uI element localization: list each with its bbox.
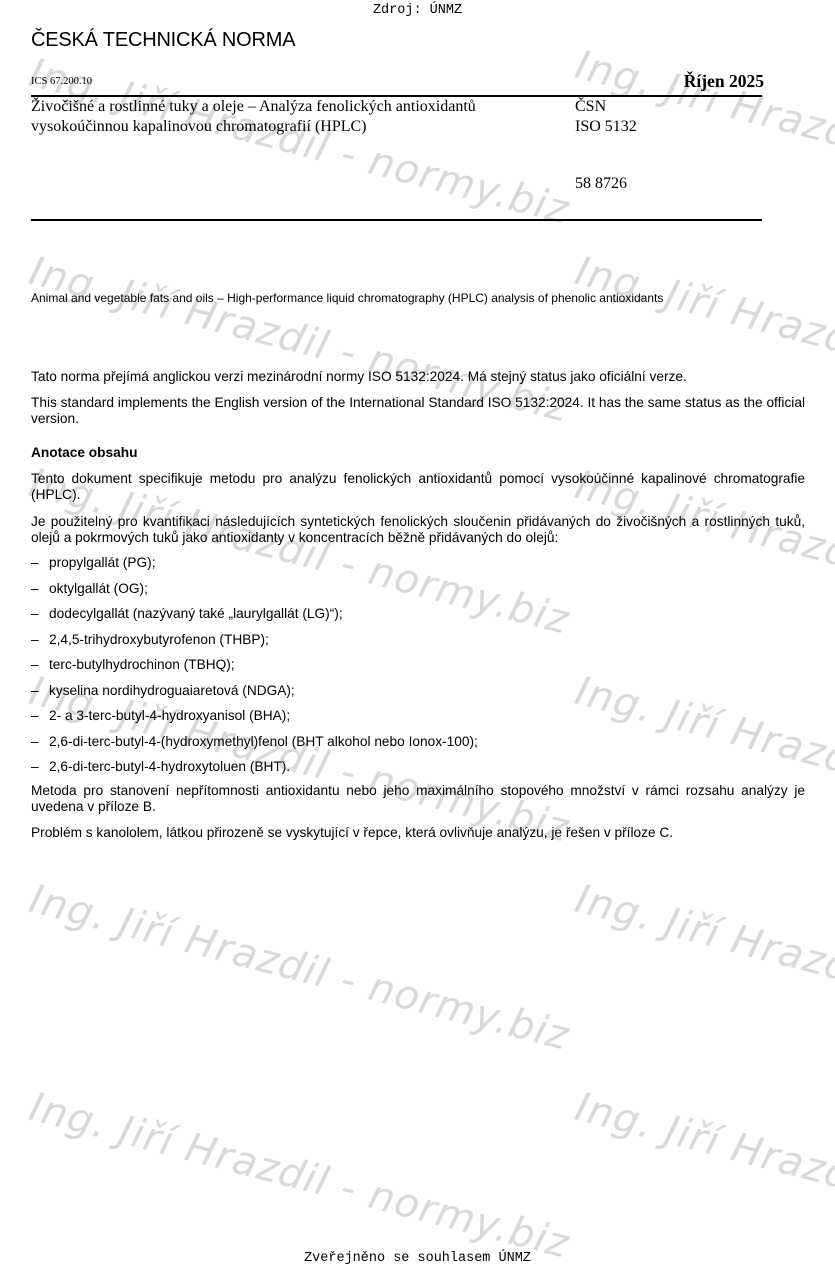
list-item-text: 2,4,5-trihydroxybutyrofenon (THBP); bbox=[49, 632, 269, 647]
list-item: –dodecylgallát (nazývaný také „laurylgal… bbox=[31, 606, 805, 632]
dash-marker: – bbox=[31, 555, 39, 571]
source-line: Zdroj: ÚNMZ bbox=[0, 3, 835, 18]
adoption-statement-czech: Tato norma přejímá anglickou verzi mezin… bbox=[31, 369, 805, 385]
list-item: –terc-butylhydrochinon (TBHQ); bbox=[31, 657, 805, 683]
watermark: Ing. Jiří Hrazdil - normy.biz bbox=[570, 876, 835, 1060]
list-item: –kyselina nordihydroguaiaretová (NDGA); bbox=[31, 683, 805, 709]
dash-marker: – bbox=[31, 708, 39, 724]
issue-date: Říjen 2025 bbox=[560, 71, 764, 92]
antioxidant-list: –propylgallát (PG); –oktylgallát (OG); –… bbox=[31, 555, 805, 785]
list-item-text: terc-butylhydrochinon (TBHQ); bbox=[49, 657, 235, 672]
title-english: Animal and vegetable fats and oils – Hig… bbox=[31, 291, 663, 305]
applicability-paragraph: Je použitelný pro kvantifikaci následují… bbox=[31, 514, 805, 546]
title-czech-line-2: vysokoúčinnou kapalinovou chromatografií… bbox=[31, 117, 561, 137]
list-item-text: 2,6-di-terc-butyl-4-(hydroxymethyl)fenol… bbox=[49, 734, 478, 749]
adoption-statement-english: This standard implements the English ver… bbox=[31, 395, 805, 427]
csn-label: ČSN bbox=[575, 97, 637, 117]
iso-number: ISO 5132 bbox=[575, 117, 637, 137]
list-item-text: oktylgallát (OG); bbox=[49, 581, 148, 596]
watermark: Ing. Jiří Hrazdil - normy.biz bbox=[24, 876, 574, 1060]
list-item-text: 2- a 3-terc-butyl-4-hydroxyanisol (BHA); bbox=[49, 708, 290, 723]
dash-marker: – bbox=[31, 581, 39, 597]
standard-designation: ČSN ISO 5132 bbox=[575, 97, 637, 137]
list-item-text: kyselina nordihydroguaiaretová (NDGA); bbox=[49, 683, 295, 698]
list-item: –2,6-di-terc-butyl-4-hydroxytoluen (BHT)… bbox=[31, 759, 805, 785]
title-czech: Živočišné a rostlinné tuky a oleje – Ana… bbox=[31, 97, 561, 137]
annotation-heading: Anotace obsahu bbox=[31, 445, 805, 461]
title-czech-line-1: Živočišné a rostlinné tuky a oleje – Ana… bbox=[31, 97, 561, 117]
list-item: –2,4,5-trihydroxybutyrofenon (THBP); bbox=[31, 632, 805, 658]
list-item: –2- a 3-terc-butyl-4-hydroxyanisol (BHA)… bbox=[31, 708, 805, 734]
list-item: –oktylgallát (OG); bbox=[31, 581, 805, 607]
scope-paragraph: Tento dokument specifikuje metodu pro an… bbox=[31, 471, 805, 503]
dash-marker: – bbox=[31, 734, 39, 750]
watermark: Ing. Jiří Hrazdil - normy.biz bbox=[570, 1084, 835, 1268]
publication-notice: Zveřejněno se souhlasem ÚNMZ bbox=[0, 1251, 835, 1266]
dash-marker: – bbox=[31, 657, 39, 673]
list-item: –propylgallát (PG); bbox=[31, 555, 805, 581]
ics-code: ICS 67.200.10 bbox=[31, 76, 92, 87]
watermark: Ing. Jiří Hrazdil - normy.biz bbox=[24, 1084, 574, 1268]
dash-marker: – bbox=[31, 606, 39, 622]
list-item-text: propylgallát (PG); bbox=[49, 555, 156, 570]
divider-bottom bbox=[31, 219, 762, 221]
method-paragraph: Metoda pro stanovení nepřítomnosti antio… bbox=[31, 783, 805, 815]
canolol-paragraph: Problém s kanololem, látkou přirozeně se… bbox=[31, 825, 805, 841]
dash-marker: – bbox=[31, 759, 39, 775]
list-item-text: dodecylgallát (nazývaný také „laurylgall… bbox=[49, 606, 343, 621]
list-item-text: 2,6-di-terc-butyl-4-hydroxytoluen (BHT). bbox=[49, 759, 290, 774]
dash-marker: – bbox=[31, 683, 39, 699]
list-item: –2,6-di-terc-butyl-4-(hydroxymethyl)feno… bbox=[31, 734, 805, 760]
dash-marker: – bbox=[31, 632, 39, 648]
classification-number: 58 8726 bbox=[575, 175, 627, 193]
watermark: Ing. Jiří Hrazdil - normy.biz bbox=[24, 50, 574, 234]
document-type: ČESKÁ TECHNICKÁ NORMA bbox=[31, 29, 295, 52]
